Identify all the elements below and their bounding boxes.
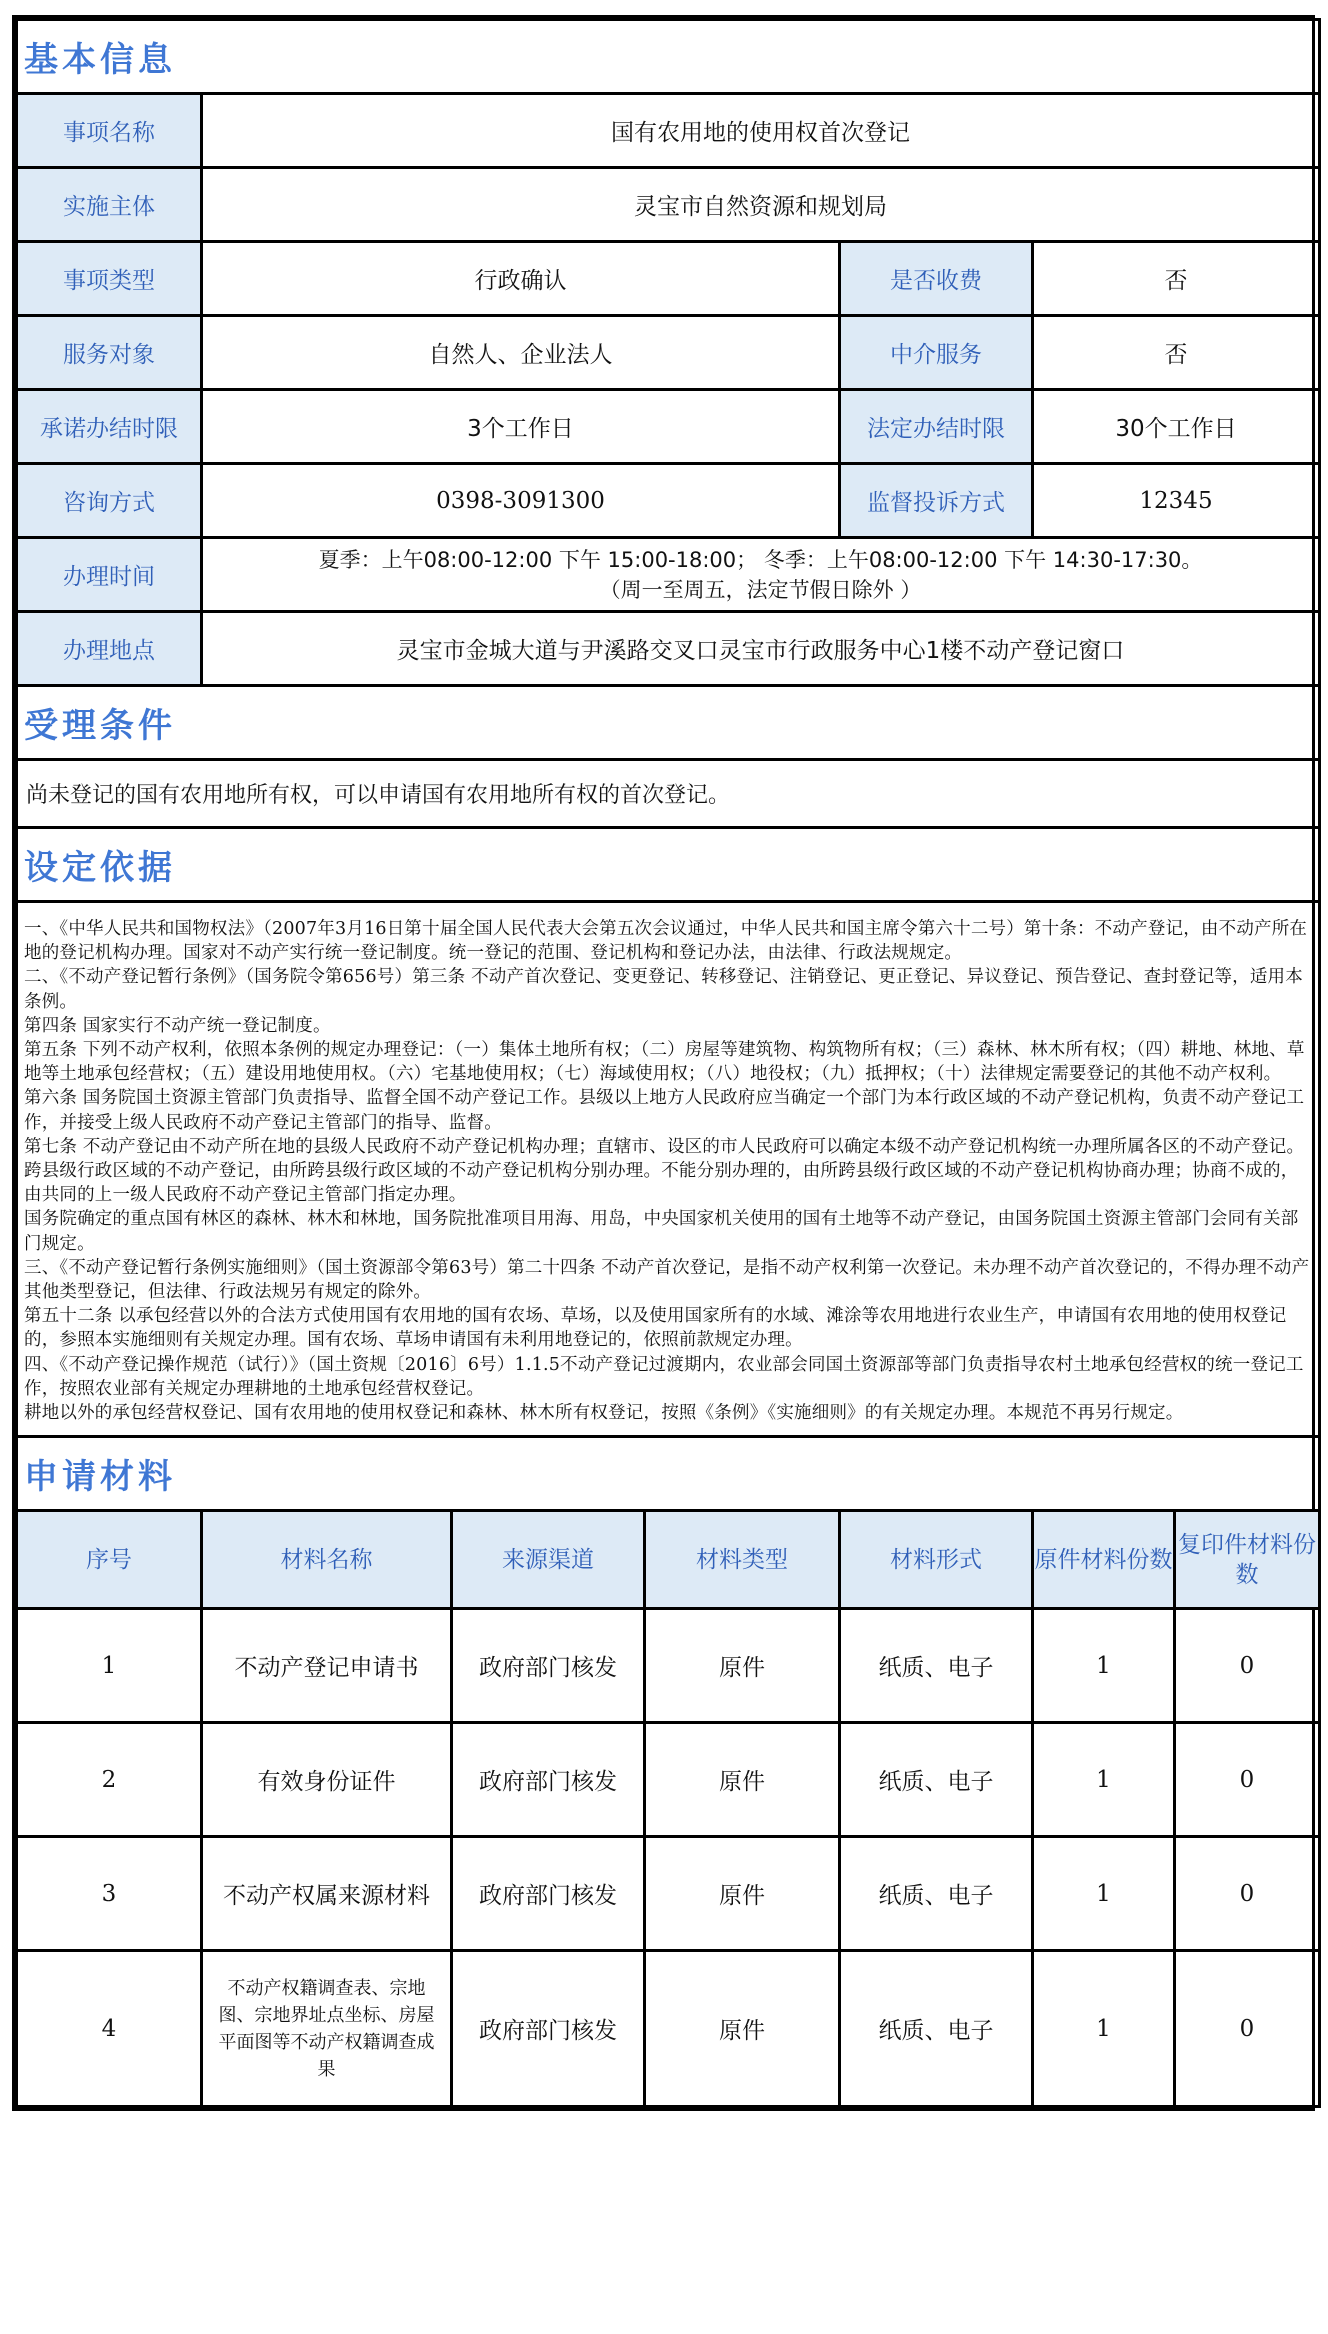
- material-no: 4: [17, 1951, 202, 2107]
- material-source: 政府部门核发: [452, 1951, 645, 2107]
- item-name-value: 国有农用地的使用权首次登记: [202, 94, 1320, 168]
- basis-paragraph: 四、《不动产登记操作规范（试行）》（国土资规〔2016〕6号）1.1.5不动产登…: [24, 1353, 1312, 1401]
- table-row: 4 不动产权籍调查表、宗地图、宗地界址点坐标、房屋平面图等不动产权籍调查成果 政…: [17, 1951, 1320, 2107]
- section-title-conditions: 受理条件: [17, 686, 1320, 760]
- row-time-limits: 承诺办结时限 3个工作日 法定办结时限 30个工作日: [17, 390, 1320, 464]
- item-type-label: 事项类型: [17, 242, 202, 316]
- item-name-label: 事项名称: [17, 94, 202, 168]
- hours-line-2: （周一至周五，法定节假日除外 ）: [207, 575, 1314, 605]
- complaint-label: 监督投诉方式: [840, 464, 1033, 538]
- material-no: 3: [17, 1837, 202, 1951]
- hours-label: 办理时间: [17, 538, 202, 612]
- material-name: 有效身份证件: [202, 1723, 452, 1837]
- table-row: 1 不动产登记申请书 政府部门核发 原件 纸质、电子 1 0: [17, 1609, 1320, 1723]
- table-row: 2 有效身份证件 政府部门核发 原件 纸质、电子 1 0: [17, 1723, 1320, 1837]
- charge-label: 是否收费: [840, 242, 1033, 316]
- material-name: 不动产权籍调查表、宗地图、宗地界址点坐标、房屋平面图等不动产权籍调查成果: [202, 1951, 452, 2107]
- charge-value: 否: [1033, 242, 1320, 316]
- table-row: 3 不动产权属来源材料 政府部门核发 原件 纸质、电子 1 0: [17, 1837, 1320, 1951]
- material-type: 原件: [645, 1837, 840, 1951]
- material-original-count: 1: [1033, 1723, 1175, 1837]
- section-title-materials: 申请材料: [17, 1437, 1320, 1511]
- material-no: 2: [17, 1723, 202, 1837]
- basis-paragraph: 第七条 不动产登记由不动产所在地的县级人民政府不动产登记机构办理；直辖市、设区的…: [24, 1135, 1312, 1159]
- col-header-source: 来源渠道: [452, 1511, 645, 1609]
- service-guide-sheet: 基本信息 事项名称 国有农用地的使用权首次登记 实施主体 灵宝市自然资源和规划局…: [12, 15, 1315, 2111]
- materials-header-row: 序号 材料名称 来源渠道 材料类型 材料形式 原件材料份数 复印件材料份数: [17, 1511, 1320, 1609]
- col-header-copy-count: 复印件材料份数: [1175, 1511, 1320, 1609]
- material-copy-count: 0: [1175, 1951, 1320, 2107]
- implementer-label: 实施主体: [17, 168, 202, 242]
- hours-value: 夏季：上午08:00-12:00 下午 15:00-18:00； 冬季：上午08…: [202, 538, 1320, 612]
- material-type: 原件: [645, 1609, 840, 1723]
- legal-basis-text: 一、《中华人民共和国物权法》（2007年3月16日第十届全国人民代表大会第五次会…: [17, 902, 1320, 1437]
- row-hours: 办理时间 夏季：上午08:00-12:00 下午 15:00-18:00； 冬季…: [17, 538, 1320, 612]
- promised-limit-label: 承诺办结时限: [17, 390, 202, 464]
- material-type: 原件: [645, 1951, 840, 2107]
- material-copy-count: 0: [1175, 1723, 1320, 1837]
- service-target-label: 服务对象: [17, 316, 202, 390]
- basis-paragraph: 一、《中华人民共和国物权法》（2007年3月16日第十届全国人民代表大会第五次会…: [24, 917, 1312, 965]
- row-location: 办理地点 灵宝市金城大道与尹溪路交叉口灵宝市行政服务中心1楼不动产登记窗口: [17, 612, 1320, 686]
- basis-paragraph: 三、《不动产登记暂行条例实施细则》（国土资源部令第63号）第二十四条 不动产首次…: [24, 1256, 1312, 1304]
- col-header-no: 序号: [17, 1511, 202, 1609]
- row-item-type: 事项类型 行政确认 是否收费 否: [17, 242, 1320, 316]
- row-implementer: 实施主体 灵宝市自然资源和规划局: [17, 168, 1320, 242]
- legal-limit-label: 法定办结时限: [840, 390, 1033, 464]
- service-guide-table: 基本信息 事项名称 国有农用地的使用权首次登记 实施主体 灵宝市自然资源和规划局…: [15, 18, 1321, 2108]
- basis-paragraph: 国务院确定的重点国有林区的森林、林木和林地，国务院批准项目用海、用岛，中央国家机…: [24, 1207, 1312, 1255]
- agency-service-value: 否: [1033, 316, 1320, 390]
- col-header-original-count: 原件材料份数: [1033, 1511, 1175, 1609]
- basis-paragraph: 第四条 国家实行不动产统一登记制度。: [24, 1014, 1312, 1038]
- material-form: 纸质、电子: [840, 1951, 1033, 2107]
- material-source: 政府部门核发: [452, 1609, 645, 1723]
- consult-phone: 0398-3091300: [202, 464, 840, 538]
- implementer-value: 灵宝市自然资源和规划局: [202, 168, 1320, 242]
- material-original-count: 1: [1033, 1951, 1175, 2107]
- complaint-phone: 12345: [1033, 464, 1320, 538]
- material-type: 原件: [645, 1723, 840, 1837]
- service-target-value: 自然人、企业法人: [202, 316, 840, 390]
- material-original-count: 1: [1033, 1609, 1175, 1723]
- row-service-target: 服务对象 自然人、企业法人 中介服务 否: [17, 316, 1320, 390]
- hours-line-1: 夏季：上午08:00-12:00 下午 15:00-18:00； 冬季：上午08…: [207, 545, 1314, 575]
- section-title-basic-info: 基本信息: [17, 20, 1320, 94]
- item-type-value: 行政确认: [202, 242, 840, 316]
- material-no: 1: [17, 1609, 202, 1723]
- conditions-text: 尚未登记的国有农用地所有权，可以申请国有农用地所有权的首次登记。: [17, 760, 1320, 828]
- material-copy-count: 0: [1175, 1837, 1320, 1951]
- material-form: 纸质、电子: [840, 1609, 1033, 1723]
- basis-paragraph: 二、《不动产登记暂行条例》（国务院令第656号）第三条 不动产首次登记、变更登记…: [24, 965, 1312, 1013]
- col-header-form: 材料形式: [840, 1511, 1033, 1609]
- material-form: 纸质、电子: [840, 1837, 1033, 1951]
- material-name: 不动产权属来源材料: [202, 1837, 452, 1951]
- col-header-name: 材料名称: [202, 1511, 452, 1609]
- basis-paragraph: 跨县级行政区域的不动产登记，由所跨县级行政区域的不动产登记机构分别办理。不能分别…: [24, 1159, 1312, 1207]
- material-copy-count: 0: [1175, 1609, 1320, 1723]
- basis-paragraph: 第五十二条 以承包经营以外的合法方式使用国有农用地的国有农场、草场，以及使用国家…: [24, 1304, 1312, 1352]
- material-source: 政府部门核发: [452, 1837, 645, 1951]
- material-name: 不动产登记申请书: [202, 1609, 452, 1723]
- col-header-type: 材料类型: [645, 1511, 840, 1609]
- material-form: 纸质、电子: [840, 1723, 1033, 1837]
- basis-paragraph: 第六条 国务院国土资源主管部门负责指导、监督全国不动产登记工作。县级以上地方人民…: [24, 1086, 1312, 1134]
- material-source: 政府部门核发: [452, 1723, 645, 1837]
- location-label: 办理地点: [17, 612, 202, 686]
- agency-service-label: 中介服务: [840, 316, 1033, 390]
- section-title-basis: 设定依据: [17, 828, 1320, 902]
- location-value: 灵宝市金城大道与尹溪路交叉口灵宝市行政服务中心1楼不动产登记窗口: [202, 612, 1320, 686]
- row-item-name: 事项名称 国有农用地的使用权首次登记: [17, 94, 1320, 168]
- consult-label: 咨询方式: [17, 464, 202, 538]
- basis-paragraph: 第五条 下列不动产权利，依照本条例的规定办理登记：（一）集体土地所有权；（二）房…: [24, 1038, 1312, 1086]
- basis-paragraph: 耕地以外的承包经营权登记、国有农用地的使用权登记和森林、林木所有权登记，按照《条…: [24, 1401, 1312, 1425]
- row-contact: 咨询方式 0398-3091300 监督投诉方式 12345: [17, 464, 1320, 538]
- legal-limit-value: 30个工作日: [1033, 390, 1320, 464]
- promised-limit-value: 3个工作日: [202, 390, 840, 464]
- material-original-count: 1: [1033, 1837, 1175, 1951]
